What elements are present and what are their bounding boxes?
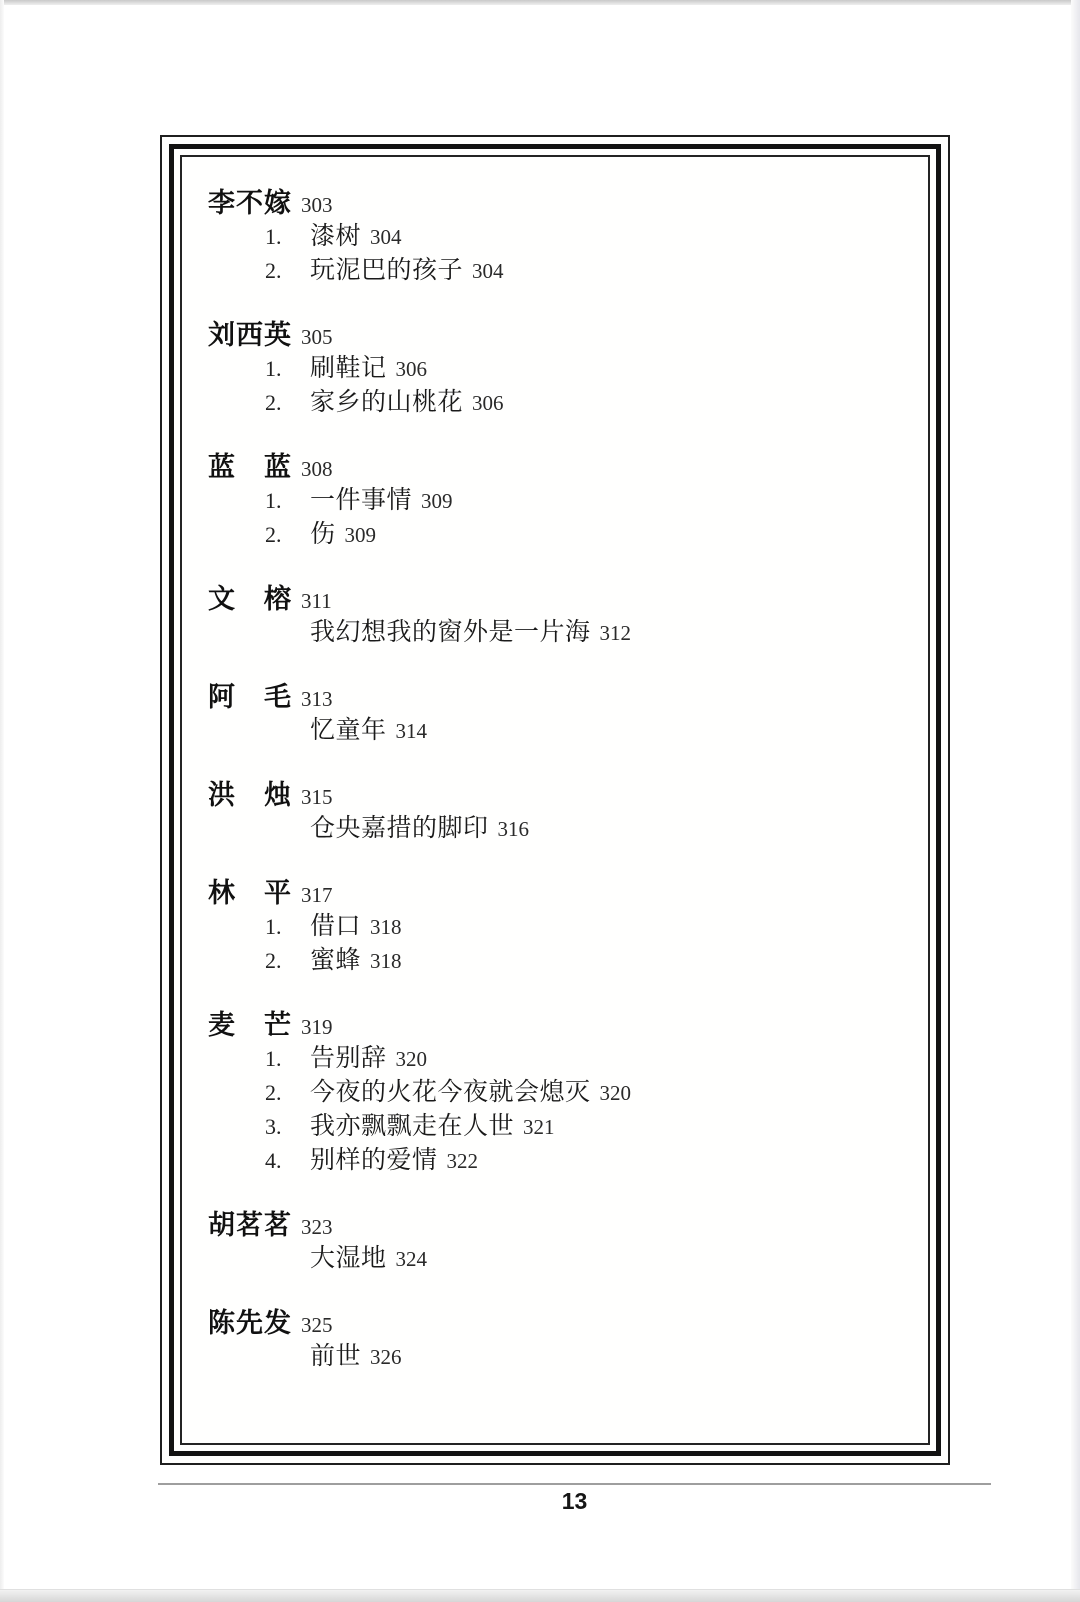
entry-number: 2. bbox=[265, 254, 310, 288]
toc-entry: 2.蜜蜂318 bbox=[265, 944, 910, 978]
author-name: 洪 烛 bbox=[208, 780, 292, 810]
entry-page-number: 324 bbox=[396, 1242, 428, 1276]
entry-title: 我亦飘飘走在人世 bbox=[310, 1110, 514, 1144]
toc-group: 麦 芒319 1.告别辞320 2.今夜的火花今夜就会熄灭320 3.我亦飘飘走… bbox=[208, 1008, 910, 1178]
author-name: 陈先发 bbox=[208, 1308, 292, 1338]
toc-entry: 2.今夜的火花今夜就会熄灭320 bbox=[265, 1076, 910, 1110]
author-page-number: 311 bbox=[301, 589, 332, 613]
author-page-number: 305 bbox=[301, 325, 333, 349]
entry-page-number: 322 bbox=[447, 1144, 479, 1178]
toc-entry: 大湿地324 bbox=[265, 1242, 910, 1276]
author-page-number: 325 bbox=[301, 1313, 333, 1337]
author-name: 阿 毛 bbox=[208, 682, 292, 712]
entry-title: 刷鞋记 bbox=[310, 352, 387, 386]
toc-author-line: 陈先发325 bbox=[208, 1306, 910, 1340]
author-name: 刘西英 bbox=[208, 320, 292, 350]
entry-number: 2. bbox=[265, 1076, 310, 1110]
toc-author-line: 文 榕311 bbox=[208, 582, 910, 616]
page-number: 13 bbox=[158, 1488, 991, 1515]
toc-group: 李不嫁303 1.漆树304 2.玩泥巴的孩子304 bbox=[208, 186, 910, 288]
toc-frame-inner-border: 李不嫁303 1.漆树304 2.玩泥巴的孩子304 刘西英305 1.刷鞋记3… bbox=[180, 155, 930, 1445]
page-photo-top-edge bbox=[0, 0, 1080, 5]
toc-group: 刘西英305 1.刷鞋记306 2.家乡的山桃花306 bbox=[208, 318, 910, 420]
toc-frame-mid-border: 李不嫁303 1.漆树304 2.玩泥巴的孩子304 刘西英305 1.刷鞋记3… bbox=[169, 144, 941, 1456]
entry-number: 1. bbox=[265, 352, 310, 386]
toc-entry: 前世326 bbox=[265, 1340, 910, 1374]
toc-author-line: 洪 烛315 bbox=[208, 778, 910, 812]
toc-author-line: 林 平317 bbox=[208, 876, 910, 910]
toc-entry: 1.漆树304 bbox=[265, 220, 910, 254]
toc-author-line: 麦 芒319 bbox=[208, 1008, 910, 1042]
entry-title: 告别辞 bbox=[310, 1042, 387, 1076]
entry-title: 忆童年 bbox=[310, 714, 387, 748]
entry-page-number: 320 bbox=[600, 1076, 632, 1110]
toc-entry: 忆童年314 bbox=[265, 714, 910, 748]
toc-entry: 1.刷鞋记306 bbox=[265, 352, 910, 386]
entry-page-number: 318 bbox=[370, 944, 402, 978]
entry-page-number: 314 bbox=[396, 714, 428, 748]
entry-page-number: 320 bbox=[396, 1042, 428, 1076]
page-photo-right-edge bbox=[1071, 0, 1080, 1602]
author-name: 文 榕 bbox=[208, 584, 292, 614]
page-photo-bottom-edge bbox=[0, 1589, 1080, 1602]
entry-page-number: 309 bbox=[421, 484, 453, 518]
entry-page-number: 312 bbox=[600, 616, 632, 650]
toc-author-line: 蓝 蓝308 bbox=[208, 450, 910, 484]
toc-author-line: 阿 毛313 bbox=[208, 680, 910, 714]
entry-number: 2. bbox=[265, 386, 310, 420]
toc-group: 阿 毛313 忆童年314 bbox=[208, 680, 910, 748]
toc-entry: 2.玩泥巴的孩子304 bbox=[265, 254, 910, 288]
entry-page-number: 318 bbox=[370, 910, 402, 944]
entry-number: 1. bbox=[265, 484, 310, 518]
entry-page-number: 326 bbox=[370, 1340, 402, 1374]
author-name: 胡茗茗 bbox=[208, 1210, 292, 1240]
entry-number: 4. bbox=[265, 1144, 310, 1178]
toc-group: 文 榕311 我幻想我的窗外是一片海312 bbox=[208, 582, 910, 650]
toc-entry: 1.借口318 bbox=[265, 910, 910, 944]
footer-divider bbox=[158, 1483, 991, 1485]
entry-number: 1. bbox=[265, 1042, 310, 1076]
entry-title: 借口 bbox=[310, 910, 361, 944]
author-page-number: 319 bbox=[301, 1015, 333, 1039]
author-page-number: 317 bbox=[301, 883, 333, 907]
entry-title: 我幻想我的窗外是一片海 bbox=[310, 616, 591, 650]
entry-page-number: 304 bbox=[370, 220, 402, 254]
toc-frame: 李不嫁303 1.漆树304 2.玩泥巴的孩子304 刘西英305 1.刷鞋记3… bbox=[160, 135, 950, 1465]
author-page-number: 308 bbox=[301, 457, 333, 481]
toc-entry: 4.别样的爱情322 bbox=[265, 1144, 910, 1178]
toc-group: 胡茗茗323 大湿地324 bbox=[208, 1208, 910, 1276]
entry-number: 2. bbox=[265, 944, 310, 978]
entry-page-number: 316 bbox=[498, 812, 530, 846]
author-page-number: 303 bbox=[301, 193, 333, 217]
entry-title: 前世 bbox=[310, 1340, 361, 1374]
toc-author-line: 刘西英305 bbox=[208, 318, 910, 352]
toc-author-line: 胡茗茗323 bbox=[208, 1208, 910, 1242]
author-name: 麦 芒 bbox=[208, 1010, 292, 1040]
entry-page-number: 306 bbox=[472, 386, 504, 420]
entry-number: 2. bbox=[265, 518, 310, 552]
author-page-number: 315 bbox=[301, 785, 333, 809]
page-photo-left-edge bbox=[0, 0, 4, 1602]
entry-page-number: 321 bbox=[523, 1110, 555, 1144]
toc-entry: 仓央嘉措的脚印316 bbox=[265, 812, 910, 846]
toc-entry: 1.一件事情309 bbox=[265, 484, 910, 518]
entry-title: 漆树 bbox=[310, 220, 361, 254]
toc-group: 林 平317 1.借口318 2.蜜蜂318 bbox=[208, 876, 910, 978]
author-name: 蓝 蓝 bbox=[208, 452, 292, 482]
author-page-number: 313 bbox=[301, 687, 333, 711]
entry-title: 一件事情 bbox=[310, 484, 412, 518]
author-name: 李不嫁 bbox=[208, 188, 292, 218]
entry-number: 3. bbox=[265, 1110, 310, 1144]
toc-group: 洪 烛315 仓央嘉措的脚印316 bbox=[208, 778, 910, 846]
toc-author-line: 李不嫁303 bbox=[208, 186, 910, 220]
toc-list: 李不嫁303 1.漆树304 2.玩泥巴的孩子304 刘西英305 1.刷鞋记3… bbox=[208, 186, 910, 1374]
toc-entry: 3.我亦飘飘走在人世321 bbox=[265, 1110, 910, 1144]
entry-title: 今夜的火花今夜就会熄灭 bbox=[310, 1076, 591, 1110]
toc-group: 陈先发325 前世326 bbox=[208, 1306, 910, 1374]
entry-title: 伤 bbox=[310, 518, 336, 552]
entry-title: 仓央嘉措的脚印 bbox=[310, 812, 489, 846]
toc-group: 蓝 蓝308 1.一件事情309 2.伤309 bbox=[208, 450, 910, 552]
entry-page-number: 306 bbox=[396, 352, 428, 386]
entry-page-number: 309 bbox=[345, 518, 377, 552]
toc-entry: 我幻想我的窗外是一片海312 bbox=[265, 616, 910, 650]
entry-number: 1. bbox=[265, 220, 310, 254]
entry-title: 大湿地 bbox=[310, 1242, 387, 1276]
entry-number: 1. bbox=[265, 910, 310, 944]
entry-page-number: 304 bbox=[472, 254, 504, 288]
entry-title: 蜜蜂 bbox=[310, 944, 361, 978]
entry-title: 家乡的山桃花 bbox=[310, 386, 463, 420]
entry-title: 别样的爱情 bbox=[310, 1144, 438, 1178]
toc-entry: 1.告别辞320 bbox=[265, 1042, 910, 1076]
toc-entry: 2.家乡的山桃花306 bbox=[265, 386, 910, 420]
toc-entry: 2.伤309 bbox=[265, 518, 910, 552]
entry-title: 玩泥巴的孩子 bbox=[310, 254, 463, 288]
author-page-number: 323 bbox=[301, 1215, 333, 1239]
author-name: 林 平 bbox=[208, 878, 292, 908]
